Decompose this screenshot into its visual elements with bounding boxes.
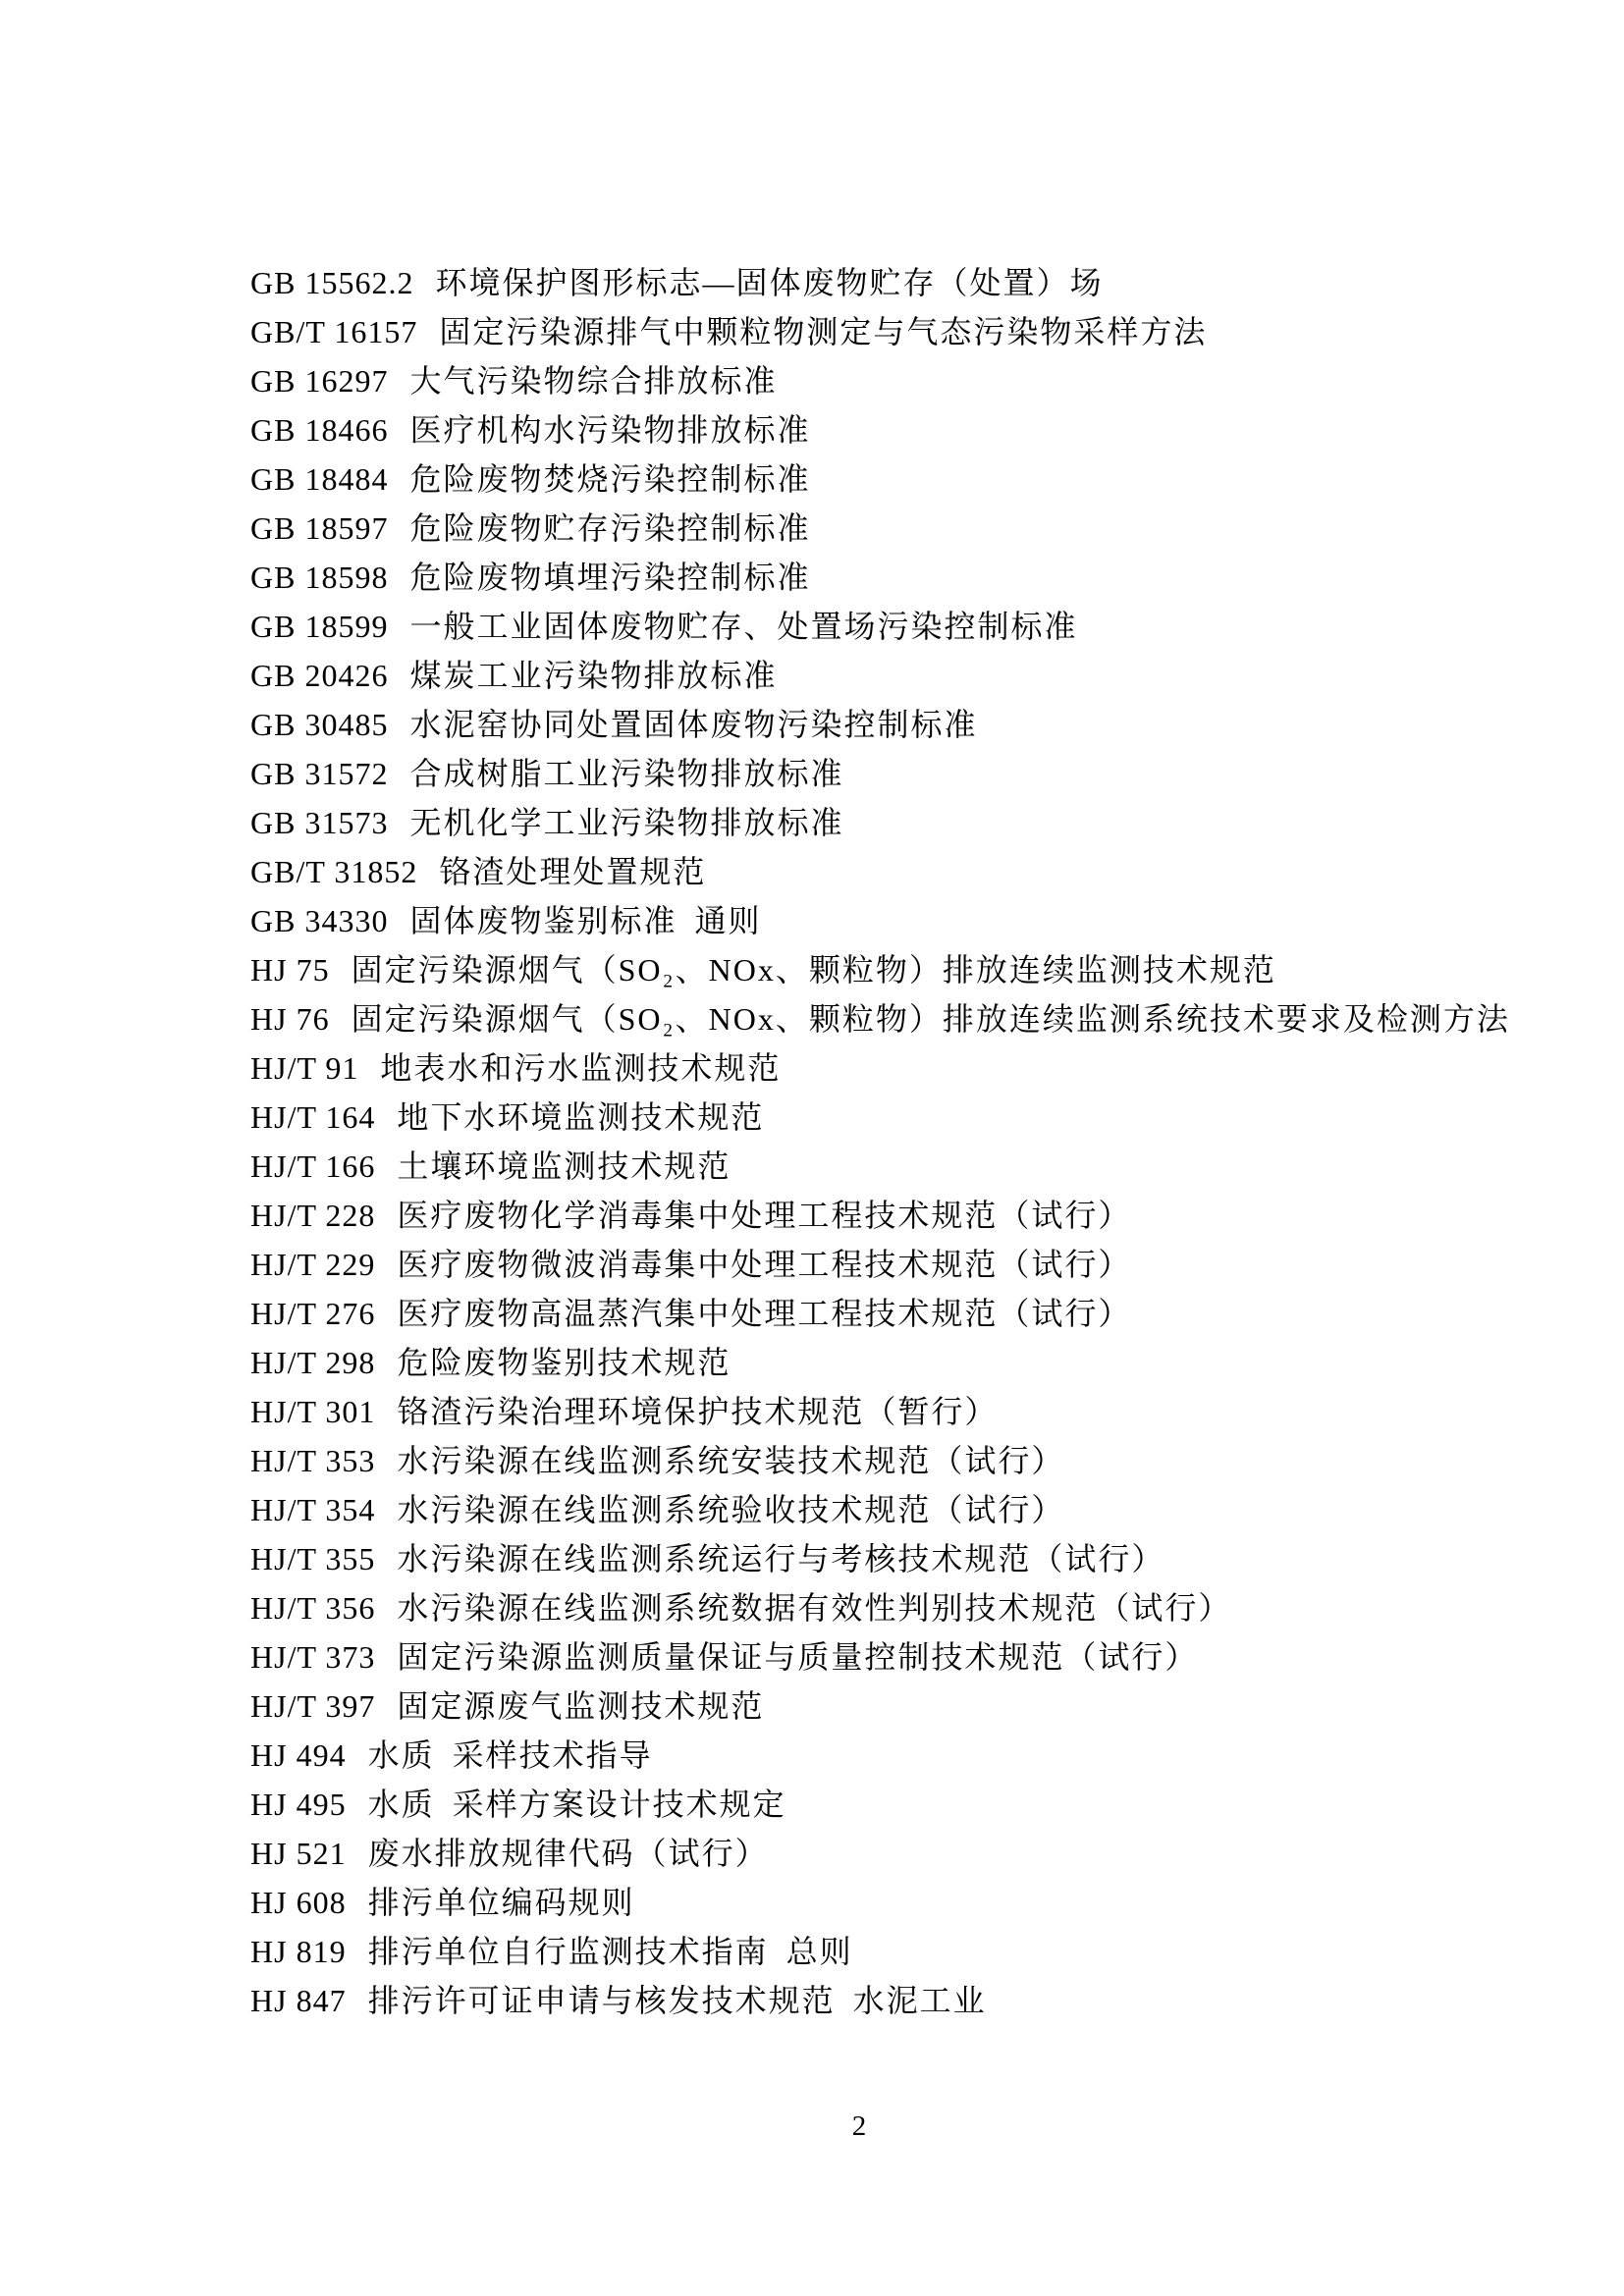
standard-code: GB/T 16157: [250, 307, 417, 356]
standard-code: HJ/T 228: [250, 1191, 375, 1240]
standard-title: 排污单位编码规则: [368, 1878, 635, 1927]
standard-title: 废水排放规律代码（试行）: [368, 1829, 769, 1878]
standard-row: HJ/T 276 医疗废物高温蒸汽集中处理工程技术规范（试行）: [250, 1289, 1510, 1338]
standard-code: GB 18598: [250, 553, 388, 602]
standard-row: GB 30485 水泥窑协同处置固体废物污染控制标准: [250, 700, 1510, 749]
standard-title: 水污染源在线监测系统数据有效性判别技术规范（试行）: [397, 1583, 1231, 1632]
standard-row: GB 20426 煤炭工业污染物排放标准: [250, 651, 1510, 700]
standard-code: GB 31573: [250, 798, 388, 847]
standard-row: HJ 521 废水排放规律代码（试行）: [250, 1829, 1510, 1878]
standard-title: 地表水和污水监测技术规范: [380, 1043, 781, 1093]
standard-row: HJ/T 228 医疗废物化学消毒集中处理工程技术规范（试行）: [250, 1191, 1510, 1240]
standard-row: HJ 819 排污单位自行监测技术指南 总则: [250, 1927, 1510, 1976]
standard-row: GB 31573 无机化学工业污染物排放标准: [250, 798, 1510, 847]
standard-code: HJ 495: [250, 1780, 347, 1829]
standard-title: 水污染源在线监测系统安装技术规范（试行）: [397, 1436, 1064, 1485]
standard-row: HJ/T 298 危险废物鉴别技术规范: [250, 1338, 1510, 1387]
standard-code: HJ 608: [250, 1878, 347, 1927]
standard-code: HJ 494: [250, 1731, 347, 1780]
standard-code: GB 30485: [250, 700, 388, 749]
standard-row: HJ/T 166 土壤环境监测技术规范: [250, 1142, 1510, 1191]
standard-title: 铬渣处理处置规范: [439, 847, 706, 896]
standard-code: GB 18484: [250, 454, 388, 504]
standard-row: HJ/T 397 固定源废气监测技术规范: [250, 1682, 1510, 1731]
standard-code: GB 18599: [250, 602, 388, 651]
standards-list: GB 15562.2 环境保护图形标志—固体废物贮存（处置）场 GB/T 161…: [250, 258, 1510, 2025]
standard-code: HJ/T 397: [250, 1682, 375, 1731]
standard-title: 固体废物鉴别标准 通则: [409, 896, 761, 945]
standard-title: 医疗废物化学消毒集中处理工程技术规范（试行）: [397, 1191, 1131, 1240]
standard-code: GB 16297: [250, 356, 388, 405]
standard-code: HJ/T 91: [250, 1043, 358, 1093]
standard-row: HJ/T 301 铬渣污染治理环境保护技术规范（暂行）: [250, 1387, 1510, 1436]
standard-code: HJ/T 276: [250, 1289, 375, 1338]
standard-code: HJ 76: [250, 994, 330, 1043]
standard-code: HJ 819: [250, 1927, 347, 1976]
standard-code: HJ/T 353: [250, 1436, 375, 1485]
standard-code: HJ/T 166: [250, 1142, 375, 1191]
standard-row: HJ/T 91 地表水和污水监测技术规范: [250, 1043, 1510, 1093]
standard-title: 铬渣污染治理环境保护技术规范（暂行）: [397, 1387, 998, 1436]
standard-title: 固定污染源监测质量保证与质量控制技术规范（试行）: [397, 1632, 1198, 1682]
standard-title: 环境保护图形标志—固体废物贮存（处置）场: [435, 258, 1103, 307]
standard-title: 危险废物焚烧污染控制标准: [409, 454, 810, 504]
standard-title: 排污单位自行监测技术指南 总则: [368, 1927, 853, 1976]
standard-row: GB 18466 医疗机构水污染物排放标准: [250, 405, 1510, 454]
standard-row: HJ/T 164 地下水环境监测技术规范: [250, 1093, 1510, 1142]
standard-code: HJ 75: [250, 945, 330, 994]
standard-title: 地下水环境监测技术规范: [397, 1093, 764, 1142]
standard-row: HJ 75 固定污染源烟气（SO₂、NOx、颗粒物）排放连续监测技术规范: [250, 945, 1510, 994]
standard-title: 固定污染源排气中颗粒物测定与气态污染物采样方法: [439, 307, 1207, 356]
standard-row: HJ/T 373 固定污染源监测质量保证与质量控制技术规范（试行）: [250, 1632, 1510, 1682]
standard-row: GB/T 31852 铬渣处理处置规范: [250, 847, 1510, 896]
standard-row: GB/T 16157 固定污染源排气中颗粒物测定与气态污染物采样方法: [250, 307, 1510, 356]
standard-code: GB 31572: [250, 749, 388, 798]
standard-title: 危险废物鉴别技术规范: [397, 1338, 731, 1387]
standard-title: 一般工业固体废物贮存、处置场污染控制标准: [409, 602, 1077, 651]
standard-title: 固定污染源烟气（SO₂、NOx、颗粒物）排放连续监测技术规范: [352, 945, 1276, 994]
standard-title: 水质 采样技术指导: [368, 1731, 653, 1780]
standard-row: GB 15562.2 环境保护图形标志—固体废物贮存（处置）场: [250, 258, 1510, 307]
standard-code: HJ/T 373: [250, 1632, 375, 1682]
standard-code: HJ/T 298: [250, 1338, 375, 1387]
standard-row: HJ 495 水质 采样方案设计技术规定: [250, 1780, 1510, 1829]
standard-title: 固定污染源烟气（SO₂、NOx、颗粒物）排放连续监测系统技术要求及检测方法: [352, 994, 1510, 1043]
standard-row: HJ/T 229 医疗废物微波消毒集中处理工程技术规范（试行）: [250, 1240, 1510, 1289]
standard-code: GB/T 31852: [250, 847, 417, 896]
standard-row: HJ 76 固定污染源烟气（SO₂、NOx、颗粒物）排放连续监测系统技术要求及检…: [250, 994, 1510, 1043]
standard-title: 水污染源在线监测系统运行与考核技术规范（试行）: [397, 1534, 1164, 1583]
standard-title: 无机化学工业污染物排放标准: [409, 798, 843, 847]
standard-row: GB 18599 一般工业固体废物贮存、处置场污染控制标准: [250, 602, 1510, 651]
document-page: GB 15562.2 环境保护图形标志—固体废物贮存（处置）场 GB/T 161…: [0, 0, 1624, 2296]
standard-code: GB 20426: [250, 651, 388, 700]
standard-row: GB 16297 大气污染物综合排放标准: [250, 356, 1510, 405]
standard-code: HJ/T 355: [250, 1534, 375, 1583]
standard-row: HJ/T 356 水污染源在线监测系统数据有效性判别技术规范（试行）: [250, 1583, 1510, 1632]
standard-title: 固定源废气监测技术规范: [397, 1682, 764, 1731]
standard-title: 合成树脂工业污染物排放标准: [409, 749, 843, 798]
standard-title: 大气污染物综合排放标准: [409, 356, 777, 405]
page-number: 2: [47, 2110, 1624, 2143]
standard-row: HJ 608 排污单位编码规则: [250, 1878, 1510, 1927]
standard-code: HJ/T 164: [250, 1093, 375, 1142]
standard-code: HJ/T 354: [250, 1485, 375, 1534]
standard-title: 土壤环境监测技术规范: [397, 1142, 731, 1191]
standard-code: GB 15562.2: [250, 258, 413, 307]
standard-row: HJ/T 353 水污染源在线监测系统安装技术规范（试行）: [250, 1436, 1510, 1485]
standard-row: GB 18597 危险废物贮存污染控制标准: [250, 504, 1510, 553]
standard-row: GB 31572 合成树脂工业污染物排放标准: [250, 749, 1510, 798]
standard-row: GB 34330 固体废物鉴别标准 通则: [250, 896, 1510, 945]
standard-row: GB 18598 危险废物填埋污染控制标准: [250, 553, 1510, 602]
standard-code: HJ 847: [250, 1976, 347, 2025]
standard-code: HJ 521: [250, 1829, 347, 1878]
standard-code: HJ/T 301: [250, 1387, 375, 1436]
standard-code: HJ/T 229: [250, 1240, 375, 1289]
standard-row: HJ 847 排污许可证申请与核发技术规范 水泥工业: [250, 1976, 1510, 2025]
standard-code: GB 34330: [250, 896, 388, 945]
standard-row: HJ 494 水质 采样技术指导: [250, 1731, 1510, 1780]
standard-row: HJ/T 354 水污染源在线监测系统验收技术规范（试行）: [250, 1485, 1510, 1534]
standard-code: HJ/T 356: [250, 1583, 375, 1632]
standard-title: 医疗废物微波消毒集中处理工程技术规范（试行）: [397, 1240, 1131, 1289]
standard-title: 医疗机构水污染物排放标准: [409, 405, 810, 454]
standard-title: 排污许可证申请与核发技术规范 水泥工业: [368, 1976, 987, 2025]
standard-title: 水污染源在线监测系统验收技术规范（试行）: [397, 1485, 1064, 1534]
standard-title: 煤炭工业污染物排放标准: [409, 651, 777, 700]
standard-title: 水质 采样方案设计技术规定: [368, 1780, 786, 1829]
standard-title: 医疗废物高温蒸汽集中处理工程技术规范（试行）: [397, 1289, 1131, 1338]
standard-title: 危险废物填埋污染控制标准: [409, 553, 810, 602]
standard-code: GB 18597: [250, 504, 388, 553]
standard-title: 水泥窑协同处置固体废物污染控制标准: [409, 700, 977, 749]
standard-code: GB 18466: [250, 405, 388, 454]
standard-title: 危险废物贮存污染控制标准: [409, 504, 810, 553]
standard-row: HJ/T 355 水污染源在线监测系统运行与考核技术规范（试行）: [250, 1534, 1510, 1583]
standard-row: GB 18484 危险废物焚烧污染控制标准: [250, 454, 1510, 504]
